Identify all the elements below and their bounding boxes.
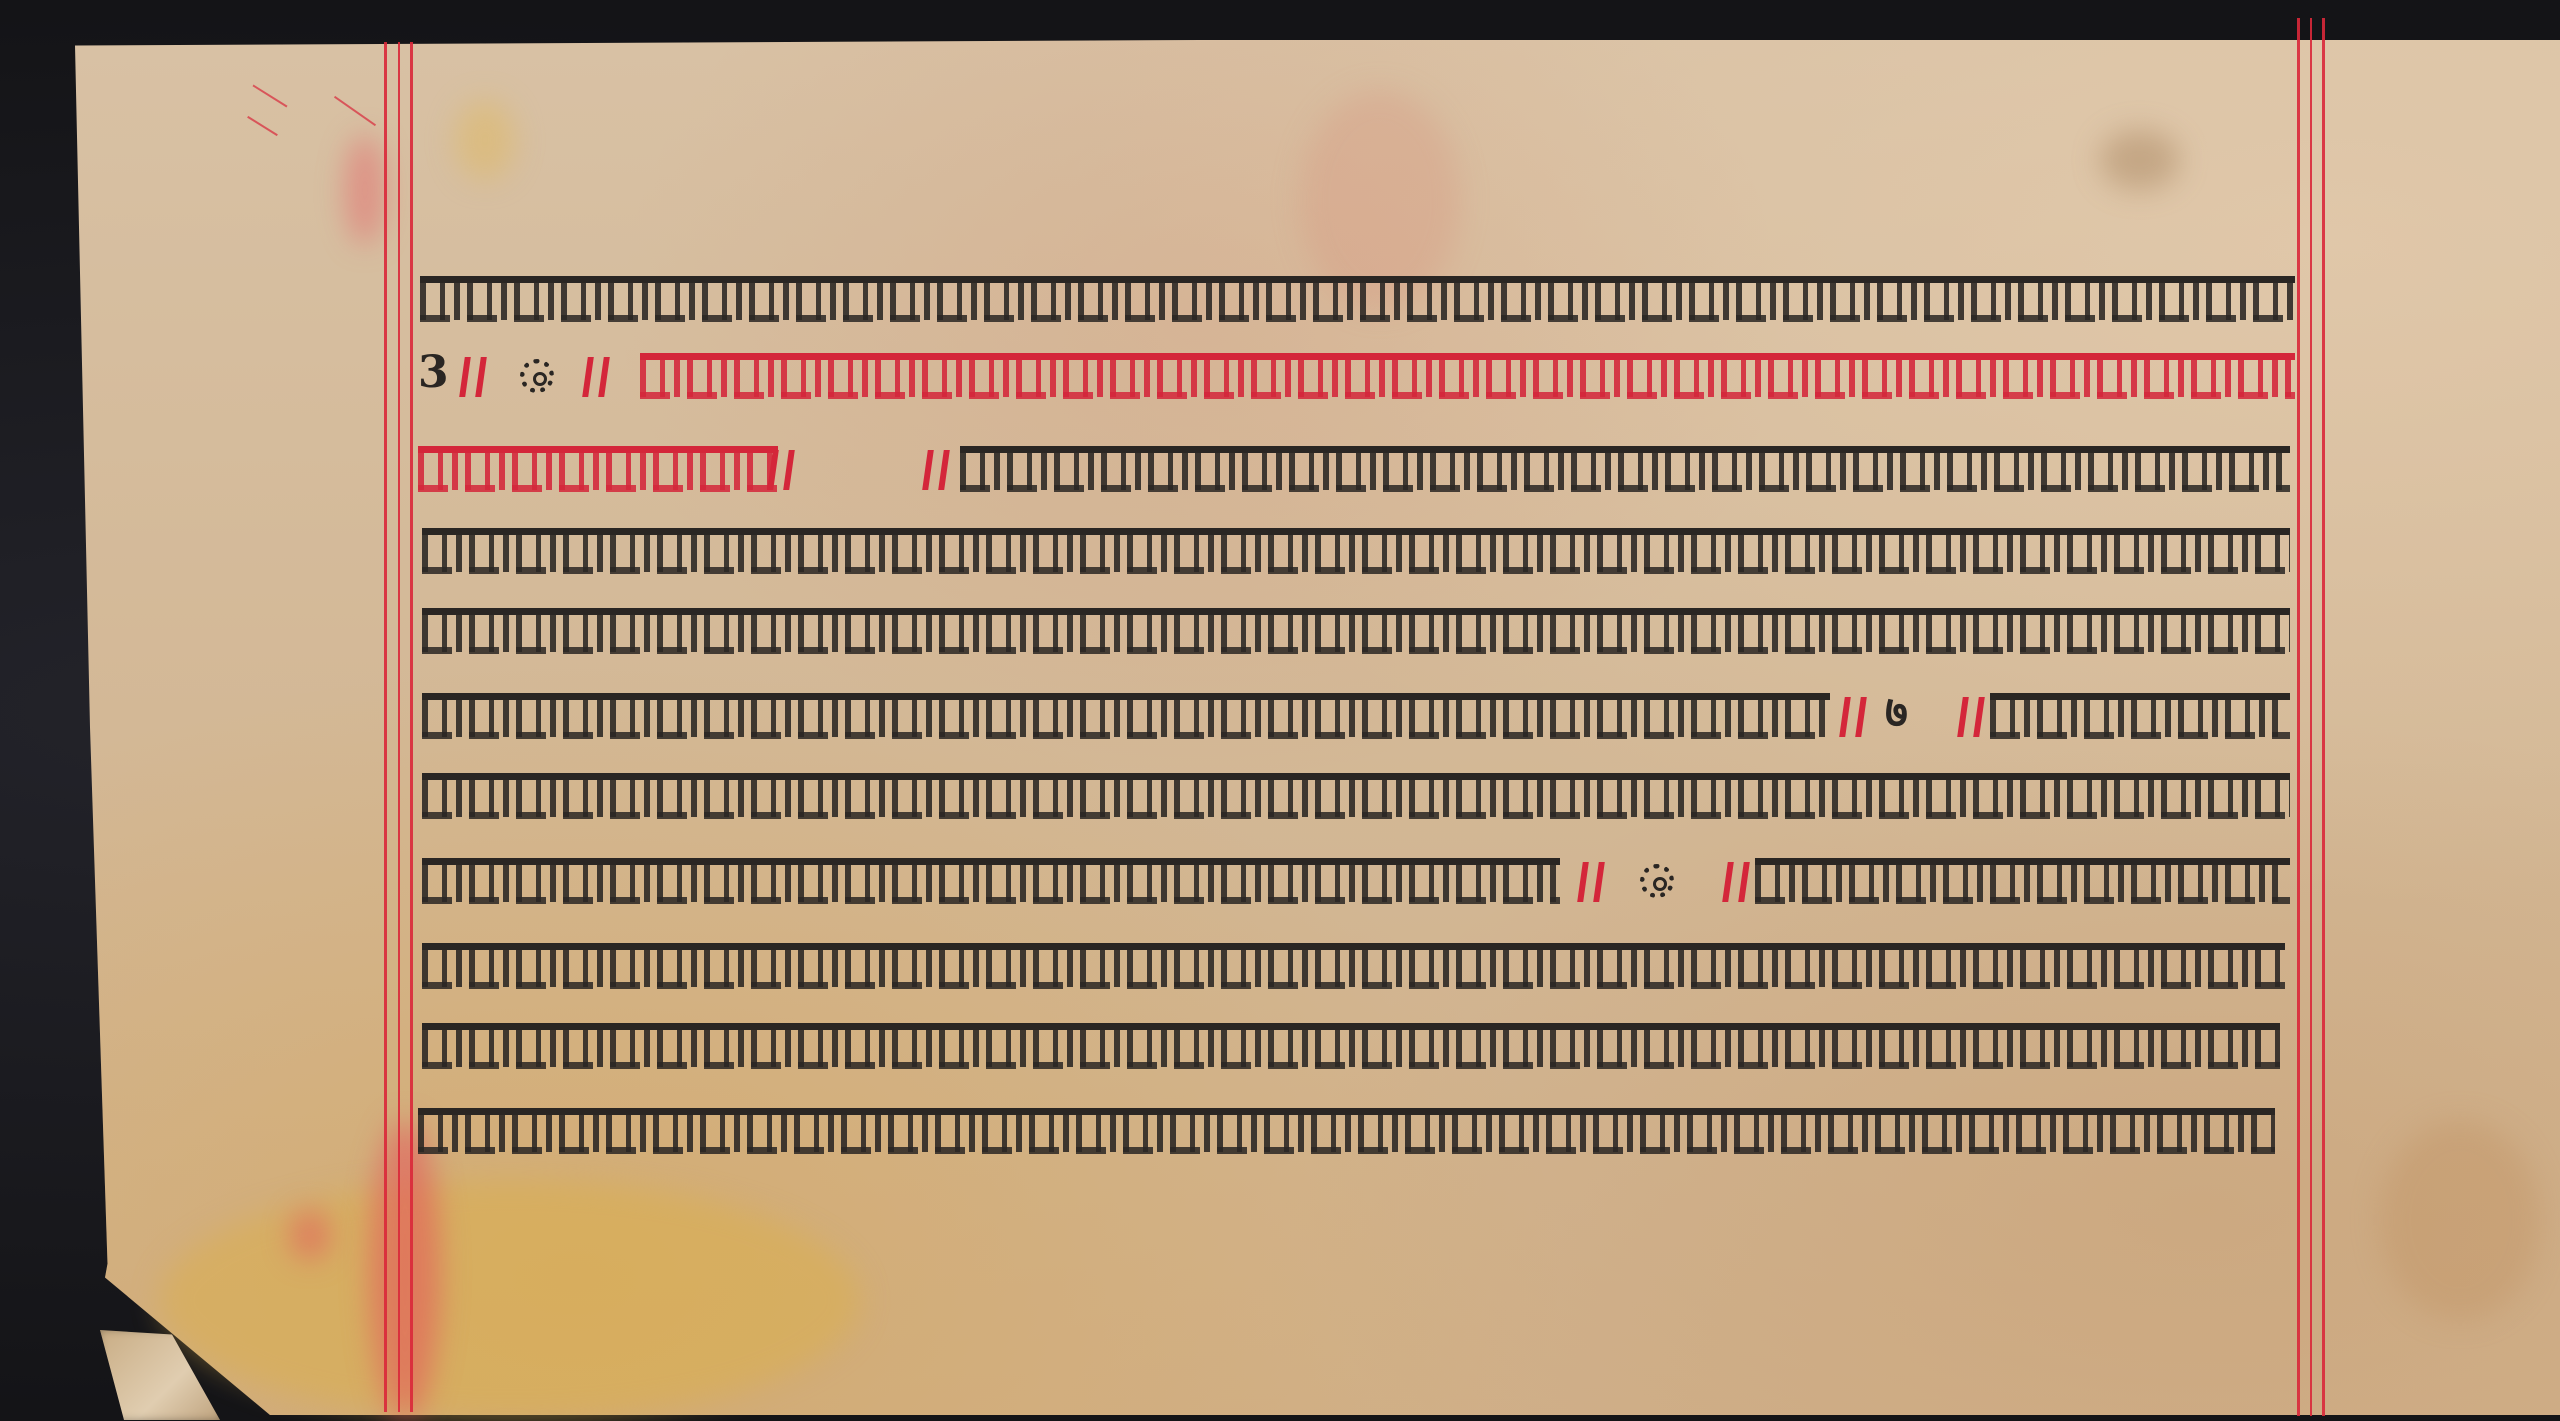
manuscript-line-1 (0, 268, 2560, 328)
manuscript-line-2: 3 (0, 345, 2560, 405)
manuscript-line-9 (0, 935, 2560, 995)
red-pigment-stain-top (345, 135, 385, 245)
manuscript-line-6: ७ (0, 685, 2560, 745)
text-segment (422, 693, 1830, 737)
double-danda-mark (1957, 697, 1985, 737)
text-segment (1990, 693, 2290, 737)
double-danda-mark (1839, 697, 1867, 737)
verse-numeral: 3 (418, 351, 449, 395)
text-segment (422, 858, 1560, 902)
manuscript-line-4 (0, 520, 2560, 580)
red-pigment-stain-small (290, 1210, 330, 1260)
text-segment (960, 446, 2290, 490)
brown-spot (2100, 130, 2180, 190)
rubricated-text-segment (640, 353, 2295, 397)
flower-ornament-icon (1640, 864, 1674, 898)
red-pigment-stain (370, 1120, 440, 1420)
text-segment (422, 528, 2290, 572)
text-segment (422, 608, 2290, 652)
double-danda-mark (767, 450, 795, 490)
text-segment (1755, 858, 2290, 902)
manuscript-line-8 (0, 850, 2560, 910)
double-danda-mark (582, 357, 610, 397)
text-segment (422, 943, 2285, 987)
text-segment (422, 773, 2290, 817)
text-segment (418, 1108, 2275, 1152)
text-segment (422, 1023, 2280, 1067)
yellow-stain (160, 1180, 860, 1420)
double-danda-mark (922, 450, 950, 490)
manuscript-line-10 (0, 1015, 2560, 1075)
verse-numeral: ७ (1885, 691, 1908, 735)
double-danda-mark (1722, 862, 1750, 902)
manuscript-line-3 (0, 438, 2560, 498)
yellow-spot (455, 100, 515, 180)
flower-ornament-icon (520, 359, 554, 393)
rubricated-text-segment (418, 446, 778, 490)
manuscript-line-11 (0, 1100, 2560, 1160)
manuscript-line-5 (0, 600, 2560, 660)
double-danda-mark (459, 357, 487, 397)
text-segment (420, 276, 2295, 320)
double-danda-mark (1577, 862, 1605, 902)
manuscript-line-7 (0, 765, 2560, 825)
